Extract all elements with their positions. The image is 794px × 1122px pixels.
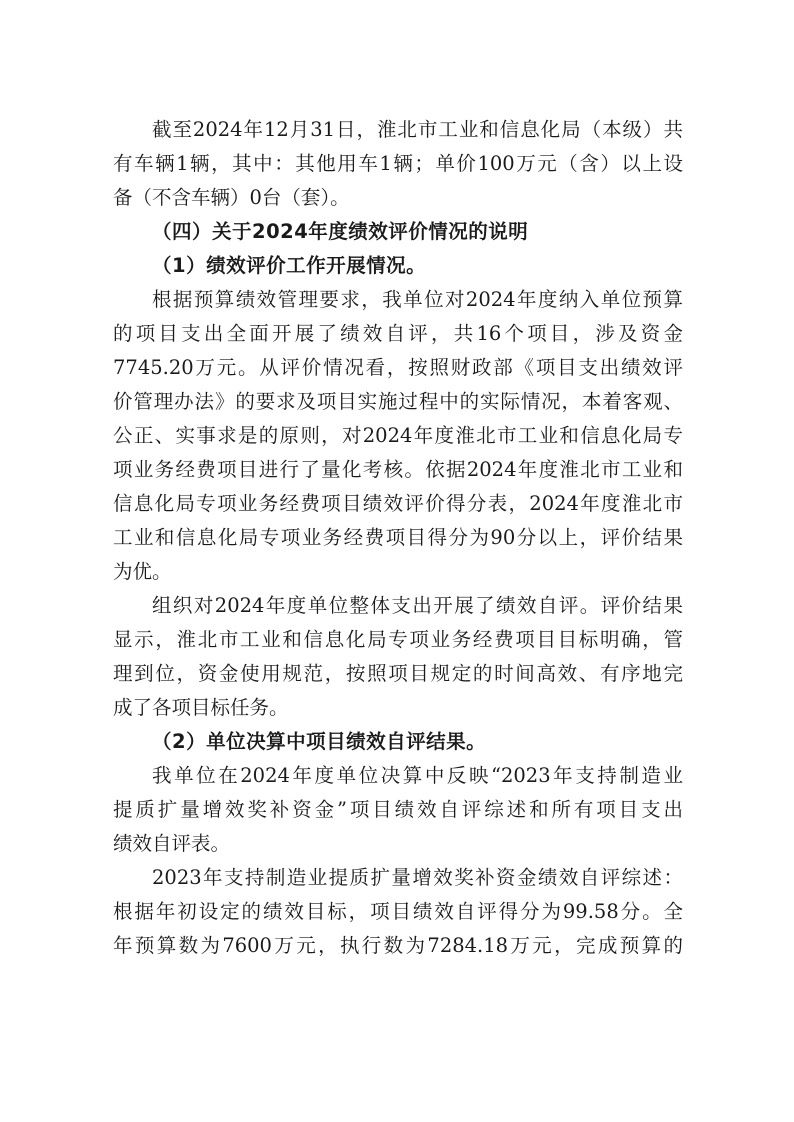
body-line: 7745.20万元。从评价情况看，按照财政部《项目支出绩效评 — [113, 351, 683, 385]
body-line: 价管理办法》的要求及项目实施过程中的实际情况，本着客观、 — [113, 385, 683, 419]
body-line: 组织对2024年度单位整体支出开展了绩效自评。评价结果 — [152, 589, 683, 623]
body-line: 显示，淮北市工业和信息化局专项业务经费项目目标明确，管 — [113, 623, 683, 657]
body-line: 有车辆1辆，其中：其他用车1辆；单价100万元（含）以上设 — [113, 147, 683, 181]
body-line: 公正、实事求是的原则，对2024年度淮北市工业和信息化局专 — [113, 419, 683, 453]
body-line: 截至2024年12月31日，淮北市工业和信息化局（本级）共 — [152, 113, 683, 147]
body-line: 的项目支出全面开展了绩效自评，共16个项目，涉及资金 — [113, 317, 683, 351]
body-line: 根据年初设定的绩效目标，项目绩效自评得分为99.58分。全 — [113, 895, 683, 929]
body-line: 项业务经费项目进行了量化考核。依据2024年度淮北市工业和 — [113, 453, 683, 487]
body-line: 提质扩量增效奖补资金”项目绩效自评综述和所有项目支出 — [113, 793, 683, 827]
body-line: 我单位在2024年度单位决算中反映“2023年支持制造业 — [152, 759, 683, 793]
subsection-heading: （1）绩效评价工作开展情况。 — [152, 249, 652, 283]
section-heading: （四）关于2024年度绩效评价情况的说明 — [152, 215, 652, 249]
body-line: 理到位，资金使用规范，按照项目规定的时间高效、有序地完 — [113, 657, 683, 691]
body-line: 2023年支持制造业提质扩量增效奖补资金绩效自评综述： — [152, 861, 683, 895]
document-page: 截至2024年12月31日，淮北市工业和信息化局（本级）共 有车辆1辆，其中：其… — [0, 0, 794, 1122]
body-line: 绩效自评表。 — [113, 827, 683, 861]
subsection-heading: （2）单位决算中项目绩效自评结果。 — [152, 725, 652, 759]
body-line: 备（不含车辆）0台（套）。 — [113, 181, 683, 215]
body-line: 工业和信息化局专项业务经费项目得分为90分以上，评价结果 — [113, 521, 683, 555]
body-line: 信息化局专项业务经费项目绩效评价得分表，2024年度淮北市 — [113, 487, 683, 521]
body-line: 年预算数为7600万元，执行数为7284.18万元，完成预算的 — [113, 929, 683, 963]
body-line: 根据预算绩效管理要求，我单位对2024年度纳入单位预算 — [152, 283, 683, 317]
body-line: 为优。 — [113, 555, 683, 589]
body-line: 成了各项目标任务。 — [113, 691, 683, 725]
